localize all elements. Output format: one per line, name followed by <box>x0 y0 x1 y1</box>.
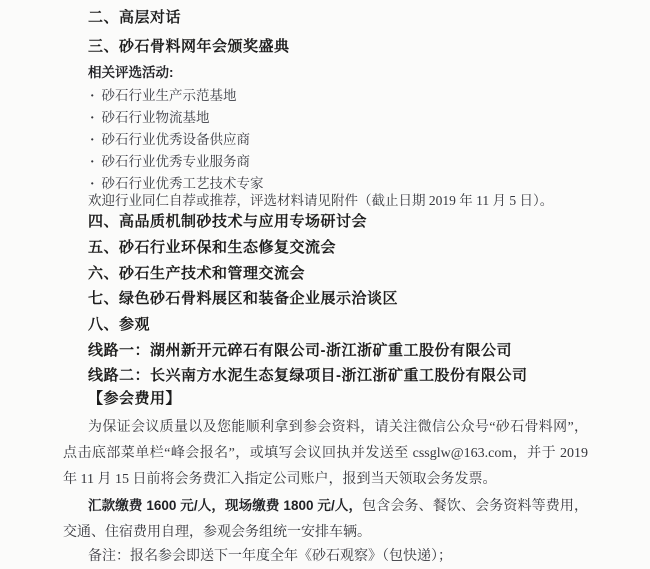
heading-item-7: 七、绿色砂石骨料展区和装备企业展示洽谈区 <box>63 290 588 307</box>
document-page: 二、高层对话 三、砂石骨料网年会颁奖盛典 相关评选活动: ·砂石行业生产示范基地… <box>0 0 650 569</box>
heading-item-6: 六、砂石生产技术和管理交流会 <box>63 265 588 282</box>
awards-label: 相关评选活动: <box>63 65 588 81</box>
fees-section-title: 【参会费用】 <box>63 390 588 407</box>
visit-route-1: 线路一：湖州新开元碎石有限公司-浙江浙矿重工股份有限公司 <box>63 342 588 359</box>
bullet-icon: · <box>90 88 95 103</box>
heading-item-5: 五、砂石行业环保和生态修复交流会 <box>63 239 588 256</box>
visit-route-2: 线路二：长兴南方水泥生态复绿项目-浙江浙矿重工股份有限公司 <box>63 367 588 384</box>
heading-item-4: 四、高品质机制砂技术与应用专场研讨会 <box>63 213 588 230</box>
heading-item-3: 三、砂石骨料网年会颁奖盛典 <box>63 38 588 55</box>
award-item-text: 砂石行业优秀设备供应商 <box>102 132 251 147</box>
award-list-item: ·砂石行业优秀工艺技术专家 <box>63 176 588 191</box>
award-item-text: 砂石行业生产示范基地 <box>102 88 237 103</box>
award-list-item: ·砂石行业优秀专业服务商 <box>63 154 588 169</box>
fees-price-bold: 汇款缴费 1600 元/人，现场缴费 1800 元/人， <box>88 498 362 513</box>
award-item-text: 砂石行业优秀工艺技术专家 <box>102 176 264 191</box>
heading-item-2: 二、高层对话 <box>63 9 588 26</box>
bullet-icon: · <box>90 132 95 147</box>
fees-intro-paragraph: 为保证会议质量以及您能顺利拿到参会资料，请关注微信公众号“砂石骨料网”，点击底部… <box>63 415 588 493</box>
award-list-item: ·砂石行业物流基地 <box>63 110 588 125</box>
award-item-text: 砂石行业物流基地 <box>102 110 210 125</box>
fees-price-paragraph: 汇款缴费 1600 元/人，现场缴费 1800 元/人，包含会务、餐饮、会务资料… <box>63 493 588 546</box>
awards-invite-text: 欢迎行业同仁自荐或推荐，评选材料请见附件（截止日期 2019 年 11 月 5 … <box>63 193 588 209</box>
heading-item-8: 八、参观 <box>63 316 588 333</box>
bullet-icon: · <box>90 110 95 125</box>
bullet-icon: · <box>90 176 95 191</box>
fees-note: 备注：报名参会即送下一年度全年《砂石观察》（包快递）； <box>63 549 588 565</box>
award-item-text: 砂石行业优秀专业服务商 <box>102 154 251 169</box>
award-list-item: ·砂石行业生产示范基地 <box>63 88 588 103</box>
bullet-icon: · <box>90 154 95 169</box>
award-list-item: ·砂石行业优秀设备供应商 <box>63 132 588 147</box>
